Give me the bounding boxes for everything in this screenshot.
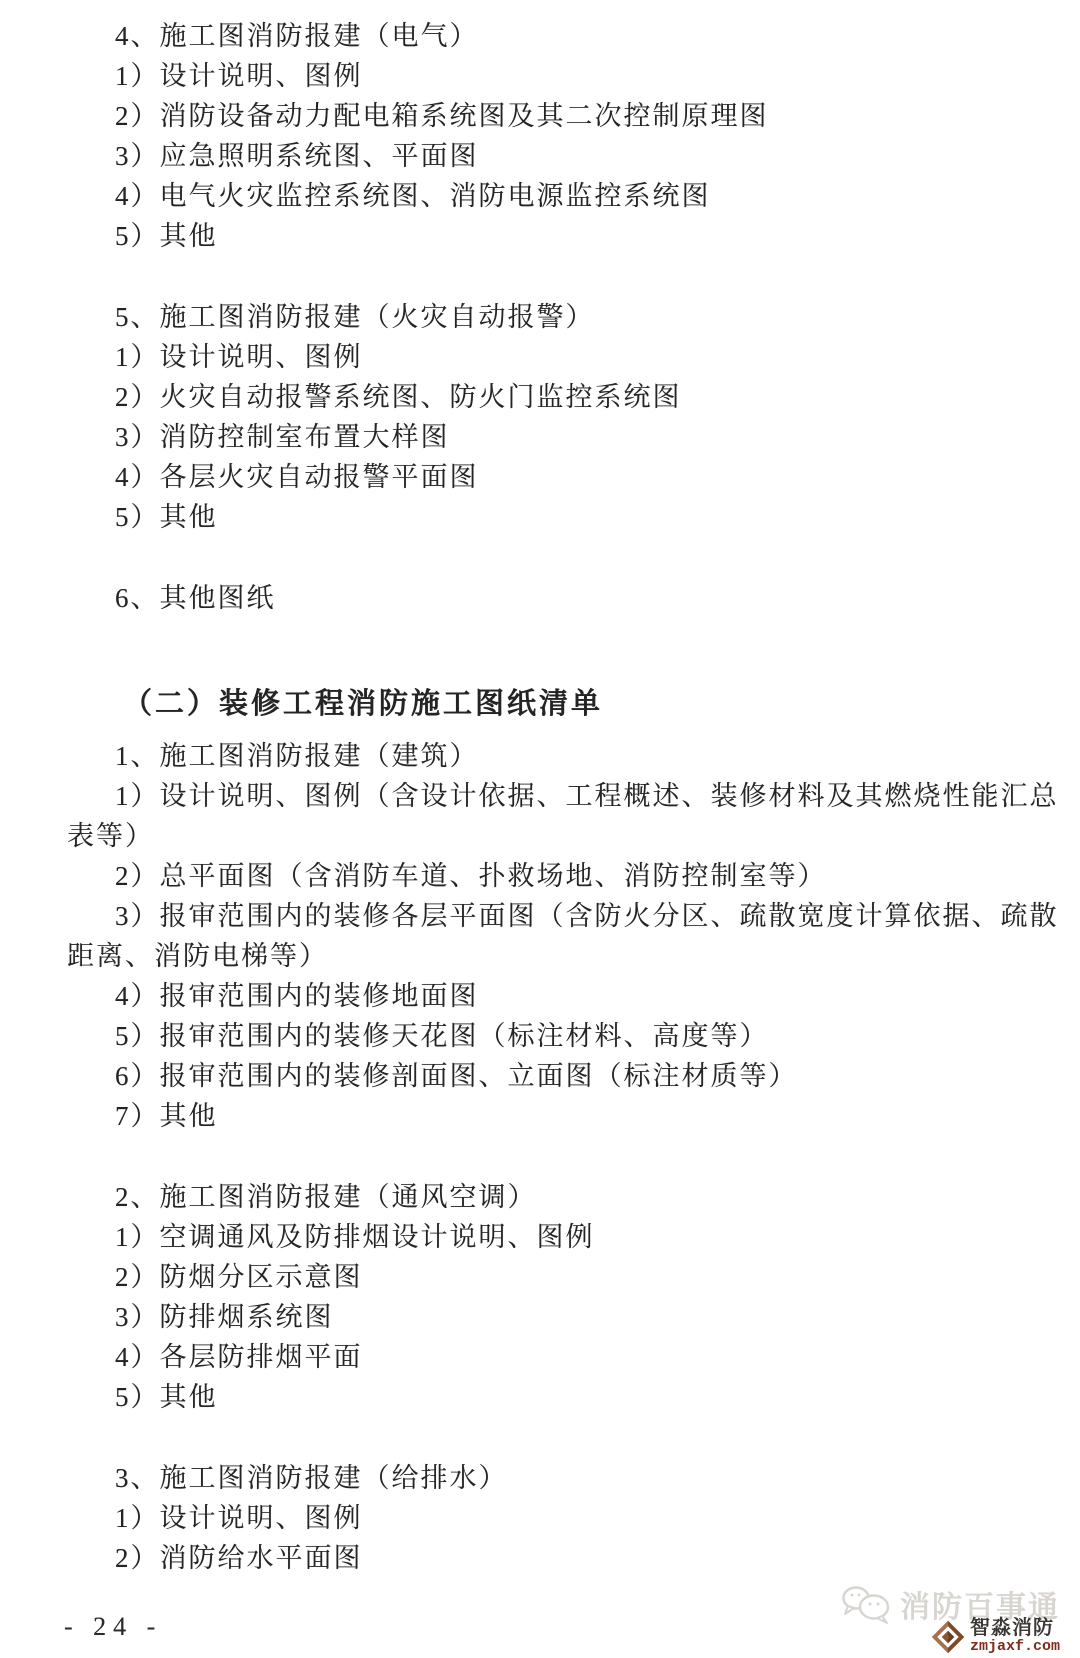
text-line: 1）设计说明、图例 [67, 1498, 1016, 1538]
text-line-continuation: 距离、消防电梯等） [67, 936, 1016, 976]
text-line: 2）消防设备动力配电箱系统图及其二次控制原理图 [67, 96, 1016, 136]
document-body: 4、施工图消防报建（电气） 1）设计说明、图例 2）消防设备动力配电箱系统图及其… [0, 0, 1080, 1578]
text-line: 2）总平面图（含消防车道、扑救场地、消防控制室等） [67, 856, 1016, 896]
text-line: 5）报审范围内的装修天花图（标注材料、高度等） [67, 1016, 1016, 1056]
text-line: 1）设计说明、图例 [67, 56, 1016, 96]
text-line: 4）各层火灾自动报警平面图 [67, 457, 1016, 497]
text-line: 7）其他 [67, 1096, 1016, 1136]
text-line: 1）空调通风及防排烟设计说明、图例 [67, 1217, 1016, 1257]
text-line: 4）报审范围内的装修地面图 [67, 976, 1016, 1016]
text-line: 1）设计说明、图例 [67, 337, 1016, 377]
watermark-company-row: 智淼消防 zmjaxf.com [841, 1618, 1060, 1658]
text-line: 3）应急照明系统图、平面图 [67, 136, 1016, 176]
text-line: 2）火灾自动报警系统图、防火门监控系统图 [67, 377, 1016, 417]
text-line: 3）消防控制室布置大样图 [67, 417, 1016, 457]
group-title: 5、施工图消防报建（火灾自动报警） [67, 297, 1016, 337]
page-number: - 24 - [64, 1612, 162, 1642]
text-line: 5）其他 [67, 497, 1016, 537]
group-title: 1、施工图消防报建（建筑） [67, 736, 1016, 776]
group-title: 4、施工图消防报建（电气） [67, 16, 1016, 56]
text-line: 2）防烟分区示意图 [67, 1257, 1016, 1297]
text-line: 6）报审范围内的装修剖面图、立面图（标注材质等） [67, 1056, 1016, 1096]
text-line: 4）电气火灾监控系统图、消防电源监控系统图 [67, 176, 1016, 216]
watermark-company: 智淼消防 [970, 1618, 1060, 1639]
group-title: 6、其他图纸 [67, 578, 1016, 618]
text-line: 5）其他 [67, 216, 1016, 256]
text-line: 3）防排烟系统图 [67, 1297, 1016, 1337]
page-footer: - 24 - 消防百事通 [0, 1568, 1080, 1658]
watermark: 消防百事通 智淼消防 zmjaxf.com [841, 1582, 1060, 1658]
watermark-company-block: 智淼消防 zmjaxf.com [970, 1618, 1060, 1655]
text-line: 4）各层防排烟平面 [67, 1337, 1016, 1377]
zm-diamond-logo-icon [930, 1619, 966, 1655]
group-title: 2、施工图消防报建（通风空调） [67, 1177, 1016, 1217]
document-page: 4、施工图消防报建（电气） 1）设计说明、图例 2）消防设备动力配电箱系统图及其… [0, 0, 1080, 1658]
group-title: 3、施工图消防报建（给排水） [67, 1458, 1016, 1498]
chat-bubbles-icon [841, 1584, 893, 1624]
text-line: 3）报审范围内的装修各层平面图（含防火分区、疏散宽度计算依据、疏散 [67, 896, 1016, 936]
watermark-url: zmjaxf.com [970, 1639, 1060, 1655]
text-line-continuation: 表等） [67, 816, 1016, 856]
text-line: 1）设计说明、图例（含设计依据、工程概述、装修材料及其燃烧性能汇总 [67, 776, 1016, 816]
section-heading: （二）装修工程消防施工图纸清单 [67, 684, 1016, 724]
text-line: 5）其他 [67, 1377, 1016, 1417]
